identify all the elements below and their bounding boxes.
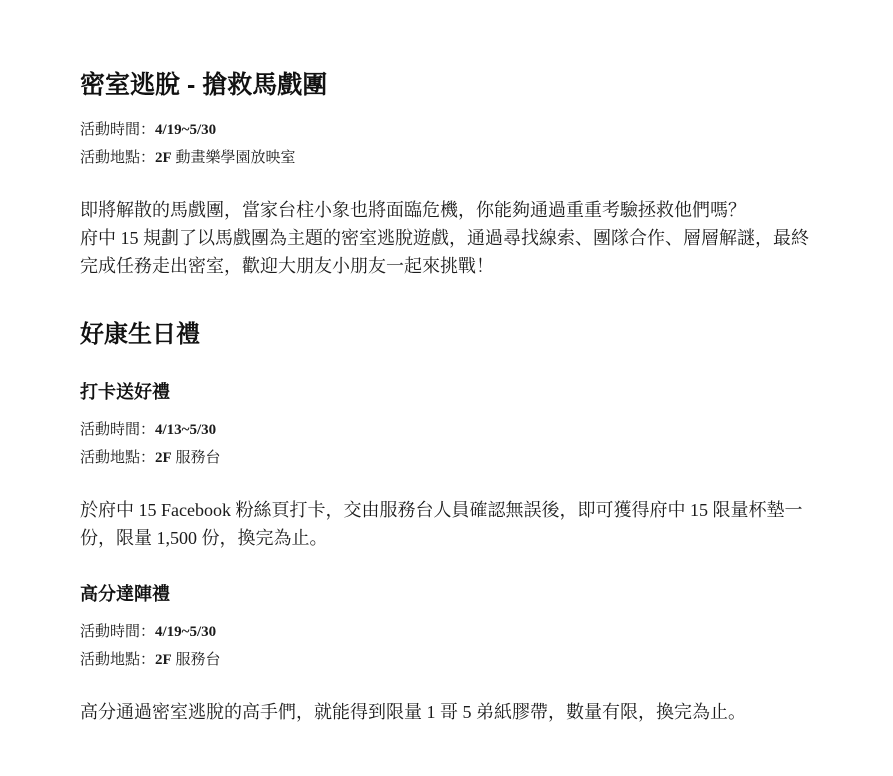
escape-room-description: 即將解散的馬戲團，當家台柱小象也將面臨危機，你能夠通過重重考驗拯救他們嗎？ 府中… (80, 196, 815, 280)
section-birthday-gifts: 好康生日禮 打卡送好禮 活動時間：4/13~5/30 活動地點：2F 服務台 於… (80, 320, 815, 726)
escape-room-description-line1: 即將解散的馬戲團，當家台柱小象也將面臨危機，你能夠通過重重考驗拯救他們嗎？ (80, 200, 746, 220)
checkin-gift-meta: 活動時間：4/13~5/30 活動地點：2F 服務台 (80, 416, 815, 472)
event-time-value: 4/19~5/30 (155, 624, 216, 640)
event-info-page: 密室逃脫 - 搶救馬戲團 活動時間：4/19~5/30 活動地點：2F 動畫樂學… (0, 0, 893, 726)
event-time-label: 活動時間： (80, 122, 155, 138)
event-place-line: 活動地點：2F 服務台 (80, 444, 815, 472)
event-place-value-rest: 服務台 (172, 450, 221, 466)
event-place-value: 2F (155, 652, 172, 668)
event-time-value: 4/19~5/30 (155, 122, 216, 138)
event-time-value: 4/13~5/30 (155, 422, 216, 438)
event-time-label: 活動時間： (80, 422, 155, 438)
birthday-gifts-title: 好康生日禮 (80, 320, 815, 350)
escape-room-title: 密室逃脫 - 搶救馬戲團 (80, 70, 815, 100)
event-place-label: 活動地點： (80, 450, 155, 466)
high-score-gift-title: 高分達陣禮 (80, 582, 815, 606)
high-score-gift-meta: 活動時間：4/19~5/30 活動地點：2F 服務台 (80, 618, 815, 674)
event-place-line: 活動地點：2F 服務台 (80, 646, 815, 674)
event-place-value-rest: 服務台 (172, 652, 221, 668)
event-place-value-rest: 動畫樂學園放映室 (172, 150, 296, 166)
subsection-checkin-gift: 打卡送好禮 活動時間：4/13~5/30 活動地點：2F 服務台 於府中 15 … (80, 380, 815, 552)
event-place-value: 2F (155, 450, 172, 466)
checkin-gift-description: 於府中 15 Facebook 粉絲頁打卡，交由服務台人員確認無誤後，即可獲得府… (80, 496, 815, 552)
event-place-line: 活動地點：2F 動畫樂學園放映室 (80, 144, 815, 172)
subsection-high-score-gift: 高分達陣禮 活動時間：4/19~5/30 活動地點：2F 服務台 高分通過密室逃… (80, 582, 815, 726)
checkin-gift-title: 打卡送好禮 (80, 380, 815, 404)
event-time-line: 活動時間：4/19~5/30 (80, 618, 815, 646)
event-place-label: 活動地點： (80, 652, 155, 668)
high-score-gift-description: 高分通過密室逃脫的高手們，就能得到限量 1 哥 5 弟紙膠帶，數量有限，換完為止… (80, 698, 815, 726)
escape-room-description-line2: 府中 15 規劃了以馬戲團為主題的密室逃脫遊戲，通過尋找線索、團隊合作、層層解謎… (80, 228, 809, 276)
section-escape-room: 密室逃脫 - 搶救馬戲團 活動時間：4/19~5/30 活動地點：2F 動畫樂學… (80, 70, 815, 280)
event-time-line: 活動時間：4/13~5/30 (80, 416, 815, 444)
event-place-value: 2F (155, 150, 172, 166)
event-time-line: 活動時間：4/19~5/30 (80, 116, 815, 144)
escape-room-meta: 活動時間：4/19~5/30 活動地點：2F 動畫樂學園放映室 (80, 116, 815, 172)
event-place-label: 活動地點： (80, 150, 155, 166)
event-time-label: 活動時間： (80, 624, 155, 640)
